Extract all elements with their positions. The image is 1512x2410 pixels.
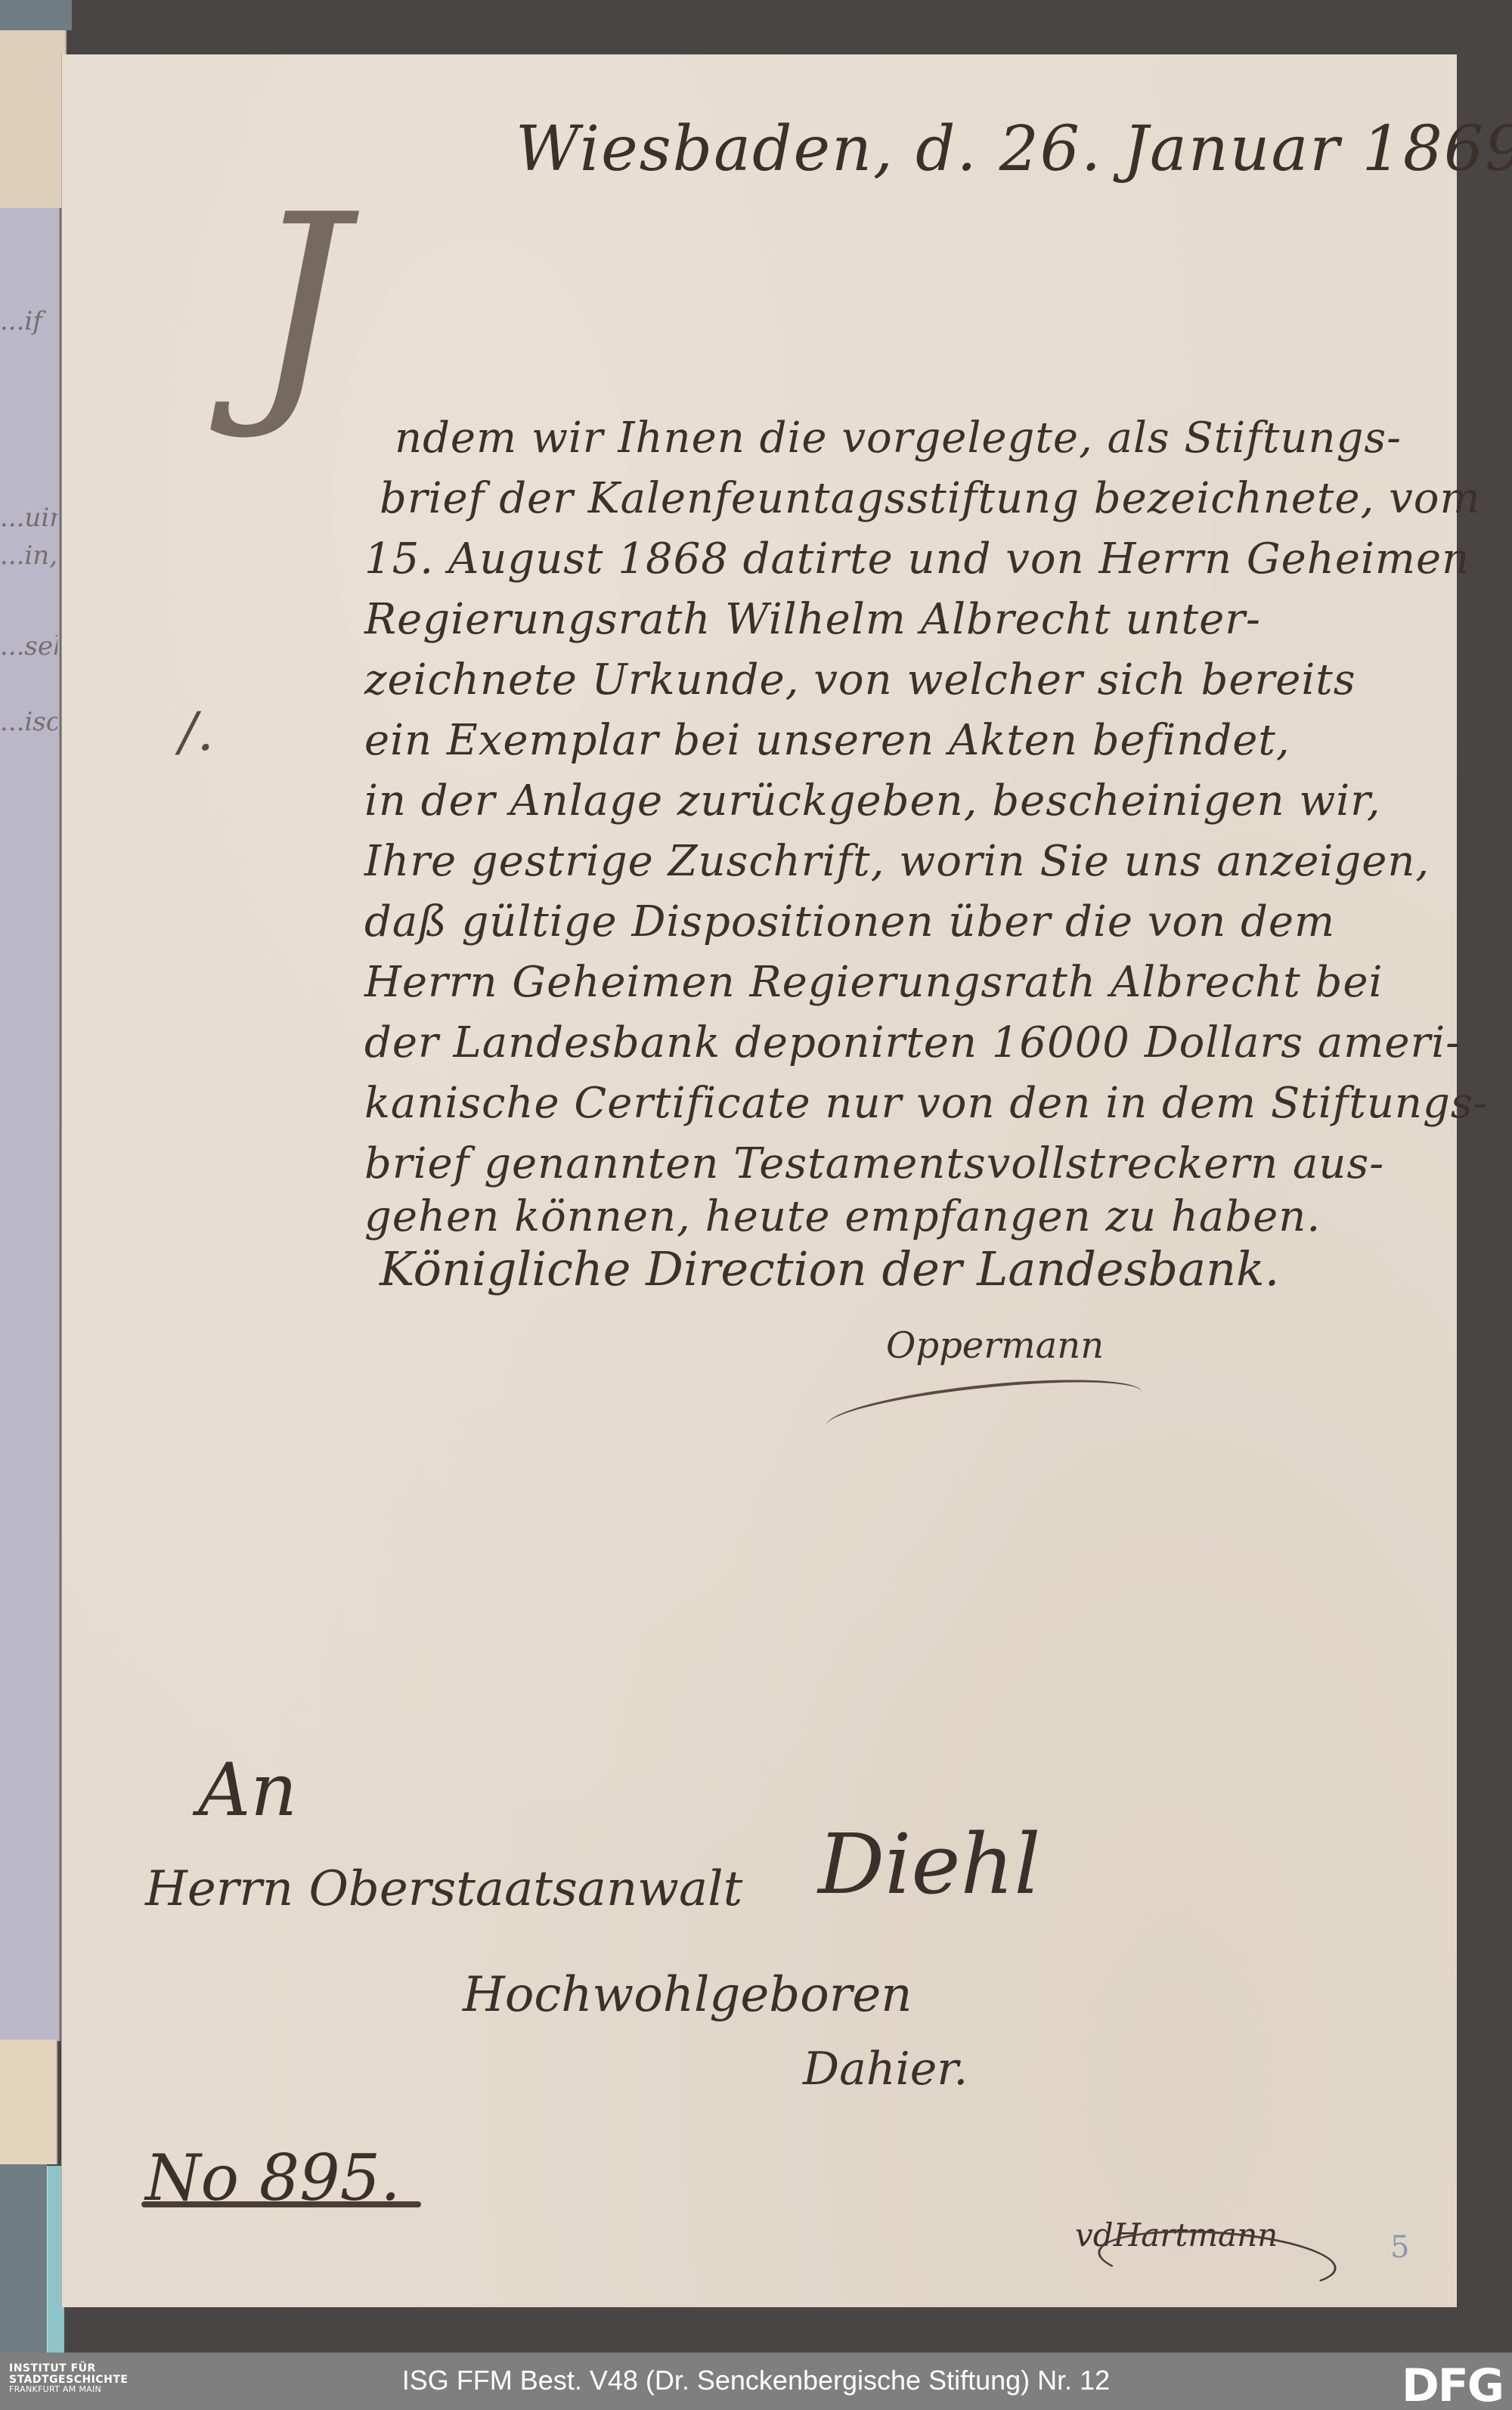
body-line: brief genannten Testamentsvollstreckern …: [364, 1139, 1384, 1188]
side-page-fragment: ...ischs: [0, 707, 57, 737]
viewer-footer: INSTITUT FÜR STADTGESCHICHTE FRANKFURT A…: [0, 2353, 1512, 2410]
signature-flourish: [824, 1368, 1145, 1450]
body-line: zeichnete Urkunde, von welcher sich bere…: [364, 655, 1356, 705]
address-title: Herrn Oberstaatsanwalt: [145, 1861, 742, 1917]
body-line: Herrn Geheimen Regierungsrath Albrecht b…: [364, 958, 1383, 1007]
side-page-fragment: ...if: [0, 306, 57, 336]
margin-mark: /.: [179, 701, 214, 763]
signature-flourish-secondary: [1096, 2223, 1339, 2297]
side-page-fragment: ...in,: [0, 541, 57, 571]
side-page-fragment: ...seht: [0, 631, 57, 661]
dfg-logo: DFG: [1402, 2363, 1503, 2408]
underlying-page-lavender: ...if ...uinig. ...in, ...seht ...ischs: [0, 208, 60, 2041]
date-line: Wiesbaden, d. 26. Januar 1869.: [516, 113, 1512, 185]
body-line: Regierungsrath Wilhelm Albrecht unter-: [364, 595, 1261, 644]
pencil-folio-mark: 5: [1390, 2230, 1409, 2265]
document-page: Wiesbaden, d. 26. Januar 1869. J /. ndem…: [62, 54, 1457, 2307]
body-line: ein Exemplar bei unseren Akten befindet,: [364, 716, 1290, 765]
body-line: daß gültige Dispositionen über die von d…: [364, 897, 1335, 946]
side-page-fragment: ...uinig.: [0, 503, 57, 533]
body-line: Ihre gestrige Zuschrift, worin Sie uns a…: [364, 837, 1430, 886]
underlying-page-top: [0, 30, 67, 208]
address-honorific: Hochwohlgeboren: [463, 1967, 912, 2023]
signature-director: Oppermann: [886, 1324, 1104, 1367]
body-line: kanische Certificate nur von den in dem …: [364, 1079, 1489, 1128]
underlying-page-bottom: [0, 2040, 57, 2164]
number-underline: [141, 2201, 421, 2207]
body-line: der Landesbank deponirten 16000 Dollars …: [364, 1018, 1461, 1067]
address-name: Diehl: [818, 1816, 1041, 1913]
archive-caption: ISG FFM Best. V48 (Dr. Senckenbergische …: [0, 2365, 1512, 2396]
address-location: Dahier.: [803, 2043, 968, 2096]
binding-cover-edge-bottom: [0, 2164, 47, 2353]
closing-line: Königliche Direction der Landesbank.: [380, 1241, 1279, 1296]
decorative-initial: J: [251, 183, 348, 425]
binding-cover-edge: [0, 0, 72, 30]
body-line: in der Anlage zurückgeben, bescheinigen …: [364, 776, 1381, 826]
body-line: brief der Kalenfeuntagsstiftung bezeichn…: [380, 474, 1481, 523]
body-line: ndem wir Ihnen die vorgelegte, als Stift…: [395, 414, 1402, 463]
body-line: gehen können, heute empfangen zu haben.: [364, 1192, 1321, 1241]
address-salutation: An: [198, 1748, 297, 1832]
body-line: 15. August 1868 datirte und von Herrn Ge…: [364, 534, 1470, 584]
